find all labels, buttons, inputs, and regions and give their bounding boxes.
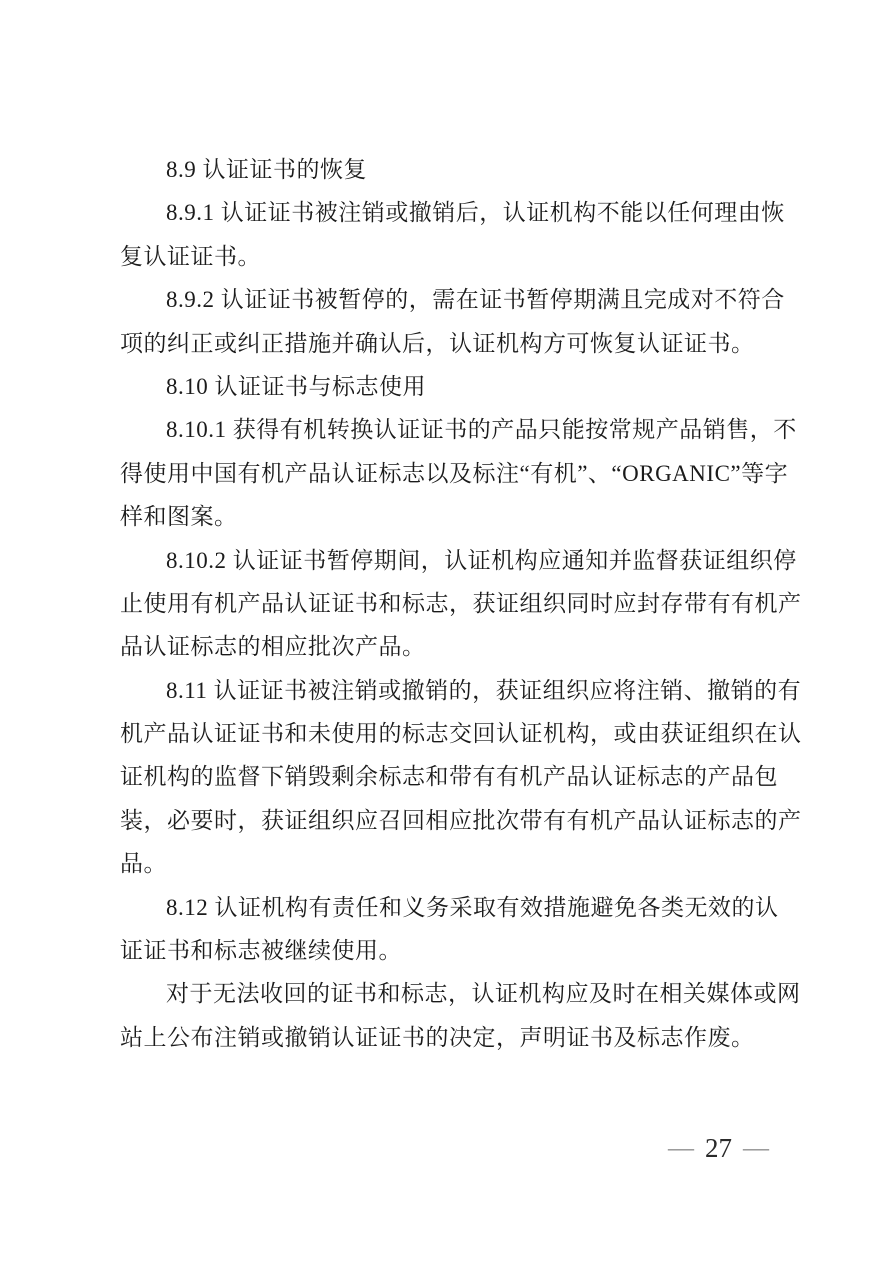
- line-section-8-9-heading: 8.9 认证证书的恢复: [120, 148, 768, 191]
- line-section-8-11-cont-4: 品。: [120, 842, 768, 885]
- footer-right-dash: —: [743, 1132, 769, 1164]
- line-section-8-10-2-cont-2: 品认证标志的相应批次产品。: [120, 625, 768, 668]
- line-section-8-9-2: 8.9.2 认证证书被暂停的，需在证书暂停期满且完成对不符合: [120, 278, 768, 321]
- line-section-8-11: 8.11 认证证书被注销或撤销的，获证组织应将注销、撤销的有: [120, 669, 768, 712]
- document-page: 8.9 认证证书的恢复 8.9.1 认证证书被注销或撤销后，认证机构不能以任何理…: [0, 0, 892, 1262]
- line-section-8-9-1-cont: 复认证证书。: [120, 235, 768, 278]
- line-section-8-11-cont-3: 装，必要时，获证组织应召回相应批次带有有机产品认证标志的产: [120, 799, 768, 842]
- line-section-8-11-cont-1: 机产品认证证书和未使用的标志交回认证机构，或由获证组织在认: [120, 712, 768, 755]
- line-section-8-10-2: 8.10.2 认证证书暂停期间，认证机构应通知并监督获证组织停: [120, 539, 768, 582]
- line-section-8-12-cont: 证证书和标志被继续使用。: [120, 929, 768, 972]
- footer-left-dash: —: [668, 1132, 694, 1164]
- line-section-8-12-para-2-cont: 站上公布注销或撤销认证证书的决定，声明证书及标志作废。: [120, 1016, 768, 1059]
- line-section-8-9-2-cont: 项的纠正或纠正措施并确认后，认证机构方可恢复认证证书。: [120, 322, 768, 365]
- document-body: 8.9 认证证书的恢复 8.9.1 认证证书被注销或撤销后，认证机构不能以任何理…: [120, 148, 768, 1059]
- line-section-8-11-cont-2: 证机构的监督下销毁剩余标志和带有有机产品认证标志的产品包: [120, 755, 768, 798]
- line-section-8-9-1: 8.9.1 认证证书被注销或撤销后，认证机构不能以任何理由恢: [120, 191, 768, 234]
- line-section-8-12: 8.12 认证机构有责任和义务采取有效措施避免各类无效的认: [120, 886, 768, 929]
- line-section-8-10-heading: 8.10 认证证书与标志使用: [120, 365, 768, 408]
- line-section-8-10-1-cont-1: 得使用中国有机产品认证标志以及标注“有机”、“ORGANIC”等字: [120, 452, 768, 495]
- page-number: 27: [705, 1132, 732, 1164]
- line-section-8-12-para-2: 对于无法收回的证书和标志，认证机构应及时在相关媒体或网: [120, 972, 768, 1015]
- page-footer: — 27 —: [668, 1132, 769, 1164]
- line-section-8-10-2-cont-1: 止使用有机产品认证证书和标志，获证组织同时应封存带有有机产: [120, 582, 768, 625]
- line-section-8-10-1-cont-2: 样和图案。: [120, 495, 768, 538]
- line-section-8-10-1: 8.10.1 获得有机转换认证证书的产品只能按常规产品销售，不: [120, 408, 768, 451]
